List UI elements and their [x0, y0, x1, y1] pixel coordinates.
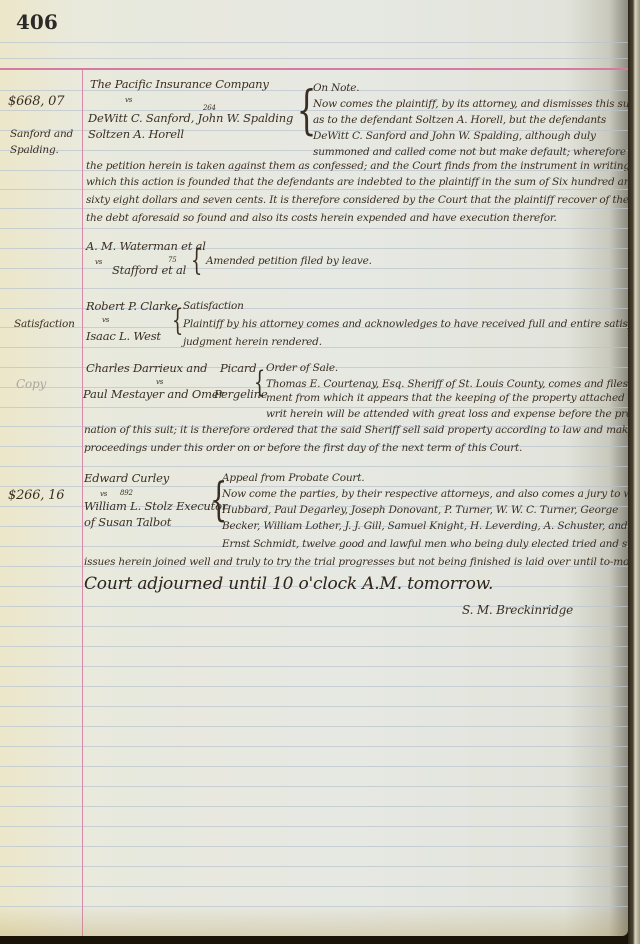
entry-heading: Order of Sale.	[266, 362, 338, 374]
margin-amount: $266, 16	[8, 490, 64, 502]
defendant-line-2: of Susan Talbot	[84, 516, 171, 528]
body-line: issues herein joined well and truly to t…	[84, 556, 628, 568]
margin-amount: $668, 07	[8, 96, 64, 108]
defendant-name: Stafford et al	[112, 264, 186, 276]
versus-mark: vs	[102, 314, 109, 326]
defendant-line-1: William L. Stolz Executor	[84, 500, 227, 512]
brace-icon: {	[254, 368, 265, 398]
body-line: Plaintiff by his attorney comes and ackn…	[183, 318, 628, 330]
plaintiff-name: Robert P. Clarke	[86, 300, 178, 312]
plaintiff-name-cont: Picard	[220, 362, 256, 374]
signature: S. M. Breckinridge	[462, 604, 573, 616]
page-number: 406	[16, 10, 58, 34]
book-spine-edge	[628, 0, 640, 944]
margin-note: Copy	[16, 378, 46, 390]
brace-icon: {	[191, 246, 202, 276]
body-line: sixty eight dollars and seven cents. It …	[86, 194, 628, 206]
margin-note: Sanford and Spalding.	[10, 126, 78, 158]
plaintiff-name: The Pacific Insurance Company	[90, 78, 269, 90]
header-rule	[0, 68, 628, 70]
body-line: as to the defendant Soltzen A. Horell, b…	[313, 114, 606, 126]
entry-body: Amended petition filed by leave.	[206, 255, 372, 267]
body-line: Becker, William Lother, J. J. Gill, Samu…	[222, 520, 627, 532]
versus-mark: vs	[125, 94, 132, 106]
plaintiff-name: Edward Curley	[84, 472, 169, 484]
ledger-page: 406 $668, 07 Sanford and Spalding. The P…	[0, 0, 628, 936]
case-number: 892	[120, 487, 133, 499]
defendant-name: Isaac L. West	[86, 330, 161, 342]
body-line: the debt aforesaid so found and also its…	[86, 212, 557, 224]
body-line: ment from which it appears that the keep…	[266, 392, 628, 404]
body-line: judgment herein rendered.	[183, 336, 322, 348]
body-line: the petition herein is taken against the…	[86, 160, 628, 172]
adjournment-note: Court adjourned until 10 o'clock A.M. to…	[84, 574, 493, 594]
body-line: Now come the parties, by their respectiv…	[222, 488, 628, 500]
entry-heading: On Note.	[313, 82, 359, 94]
body-line: DeWitt C. Sanford and John W. Spalding, …	[313, 130, 596, 142]
body-line: Thomas E. Courtenay, Esq. Sheriff of St.…	[266, 378, 628, 390]
brace-icon: {	[172, 306, 183, 336]
margin-note: Satisfaction	[14, 318, 75, 330]
body-line: Ernst Schmidt, twelve good and lawful me…	[222, 538, 628, 550]
body-line: summoned and called come not but make de…	[313, 146, 626, 158]
defendants-line-2: Soltzen A. Horell	[88, 128, 184, 140]
body-line: which this action is founded that the de…	[86, 176, 628, 188]
entry-heading: Appeal from Probate Court.	[222, 472, 364, 484]
defendant-name: Paul Mestayer and Omer	[83, 388, 224, 400]
versus-mark: vs	[95, 256, 102, 268]
body-line: Now comes the plaintiff, by its attorney…	[313, 98, 628, 110]
body-line: nation of this suit; it is therefore ord…	[84, 424, 628, 436]
plaintiff-name: A. M. Waterman et al	[86, 240, 206, 252]
body-line: proceedings under this order on or befor…	[84, 442, 522, 454]
body-line: Hubbard, Paul Degarley, Joseph Donovant,…	[222, 504, 618, 516]
margin-rule	[82, 70, 83, 936]
entry-heading: Satisfaction	[183, 300, 244, 312]
plaintiff-name: Charles Darrieux and	[86, 362, 207, 374]
body-line: writ herein will be attended with great …	[266, 408, 628, 420]
defendants-line-1: DeWitt C. Sanford, John W. Spalding	[88, 112, 293, 124]
